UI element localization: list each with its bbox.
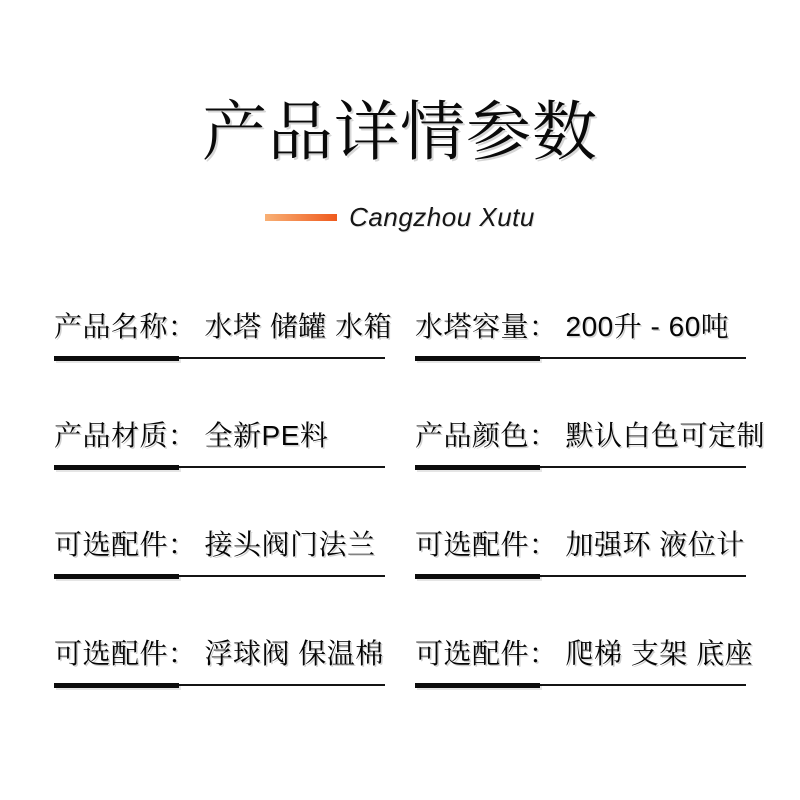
page-title: 产品详情参数 <box>0 96 800 168</box>
spec-label: 产品颜色： <box>415 420 558 451</box>
spec-text: 水塔容量：200升 - 60吨 <box>415 310 746 344</box>
spec-label: 可选配件： <box>415 638 558 669</box>
brand-row: Cangzhou Xutu <box>0 202 800 232</box>
spec-row: 产品材质：全新PE料 <box>54 419 385 470</box>
spec-row: 水塔容量：200升 - 60吨 <box>415 310 746 361</box>
spec-label: 产品名称： <box>54 311 197 342</box>
accent-gradient-bar <box>265 214 337 221</box>
spec-underline-thick <box>415 683 540 688</box>
spec-grid: 产品名称：水塔 储罐 水箱水塔容量：200升 - 60吨产品材质：全新PE料产品… <box>54 310 746 688</box>
spec-value: 水塔 储罐 水箱 <box>205 311 393 342</box>
spec-row: 可选配件：爬梯 支架 底座 <box>415 637 746 688</box>
spec-underline <box>415 465 746 470</box>
spec-value: 接头阀门法兰 <box>205 529 376 560</box>
spec-underline <box>415 683 746 688</box>
spec-row: 可选配件：浮球阀 保温棉 <box>54 637 385 688</box>
spec-underline-thick <box>54 683 179 688</box>
spec-text: 可选配件：爬梯 支架 底座 <box>415 637 746 671</box>
spec-underline-thick <box>54 574 179 579</box>
spec-text: 可选配件：浮球阀 保温棉 <box>54 637 385 671</box>
spec-text: 产品名称：水塔 储罐 水箱 <box>54 310 385 344</box>
spec-value: 爬梯 支架 底座 <box>566 638 754 669</box>
spec-underline <box>415 356 746 361</box>
spec-row: 产品名称：水塔 储罐 水箱 <box>54 310 385 361</box>
brand-name: Cangzhou Xutu <box>349 202 535 233</box>
spec-text: 可选配件：接头阀门法兰 <box>54 528 385 562</box>
spec-underline-thick <box>54 356 179 361</box>
spec-label: 可选配件： <box>54 529 197 560</box>
spec-label: 产品材质： <box>54 420 197 451</box>
spec-value: 加强环 液位计 <box>566 529 745 560</box>
spec-row: 产品颜色：默认白色可定制 <box>415 419 746 470</box>
spec-value: 浮球阀 保温棉 <box>205 638 384 669</box>
spec-text: 可选配件：加强环 液位计 <box>415 528 746 562</box>
spec-underline-thick <box>54 465 179 470</box>
spec-underline-thick <box>415 465 540 470</box>
spec-underline <box>54 683 385 688</box>
spec-label: 可选配件： <box>415 529 558 560</box>
spec-underline <box>54 465 385 470</box>
spec-value: 全新PE料 <box>205 420 329 451</box>
spec-value: 默认白色可定制 <box>566 420 766 451</box>
spec-label: 水塔容量： <box>415 311 558 342</box>
spec-underline-thick <box>415 574 540 579</box>
spec-underline-thick <box>415 356 540 361</box>
spec-underline <box>54 574 385 579</box>
spec-row: 可选配件：接头阀门法兰 <box>54 528 385 579</box>
spec-underline <box>415 574 746 579</box>
spec-row: 可选配件：加强环 液位计 <box>415 528 746 579</box>
spec-underline <box>54 356 385 361</box>
product-spec-sheet: 产品详情参数 Cangzhou Xutu 产品名称：水塔 储罐 水箱水塔容量：2… <box>0 0 800 800</box>
spec-text: 产品材质：全新PE料 <box>54 419 385 453</box>
spec-value: 200升 - 60吨 <box>566 311 730 342</box>
spec-text: 产品颜色：默认白色可定制 <box>415 419 746 453</box>
spec-label: 可选配件： <box>54 638 197 669</box>
